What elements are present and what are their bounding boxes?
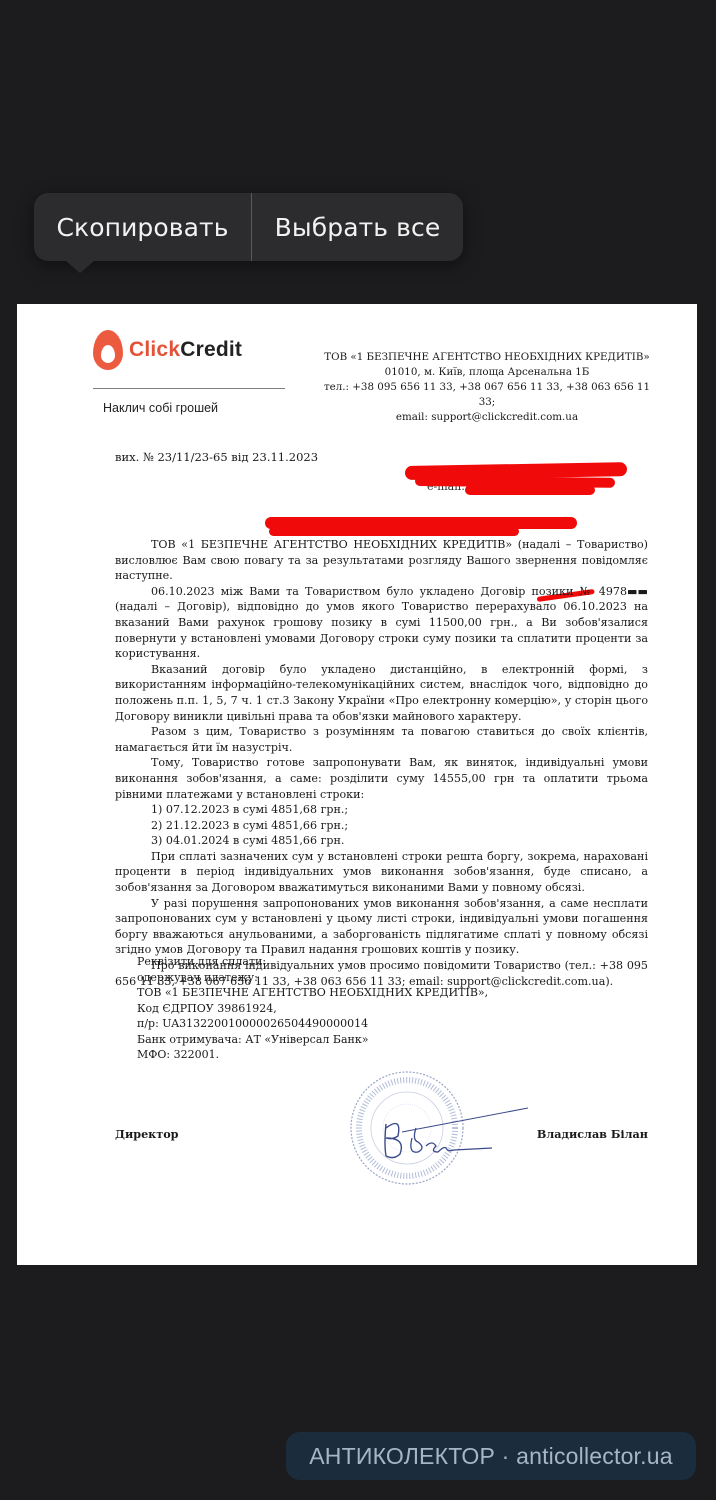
requisite-line: ТОВ «1 БЕЗПЕЧНЕ АГЕНТСТВО НЕОБХІДНИХ КРЕ… [137, 985, 488, 1001]
logo-wordmark: ClickCredit [129, 338, 242, 362]
letter-body: ТОВ «1 БЕЗПЕЧНЕ АГЕНТСТВО НЕОБХІДНИХ КРЕ… [115, 537, 648, 989]
paragraph: ТОВ «1 БЕЗПЕЧНЕ АГЕНТСТВО НЕОБХІДНИХ КРЕ… [115, 537, 648, 584]
logo-word-click: Click [129, 338, 180, 361]
paragraph: При сплаті зазначених сум у встановлені … [115, 849, 648, 896]
paragraph: У разі порушення запропонованих умов вик… [115, 896, 648, 958]
requisite-line: п/р: UA313220010000026504490000014 [137, 1016, 488, 1032]
copy-menu-item[interactable]: Скопировать [34, 193, 251, 261]
logo-slogan: Наклич собі грошей [103, 401, 285, 415]
paragraph: Тому, Товариство готове запропонувати Ва… [115, 755, 648, 802]
select-all-menu-item[interactable]: Выбрать все [252, 193, 463, 261]
paragraph: 06.10.2023 між Вами та Товариством було … [115, 584, 648, 662]
company-phones: тел.: +38 095 656 11 33, +38 067 656 11 … [317, 380, 657, 410]
egg-logo-icon [93, 330, 123, 370]
paragraph: Вказаний договір було укладено дистанцій… [115, 662, 648, 724]
requisite-line: Код ЄДРПОУ 39861924, [137, 1001, 488, 1017]
payment-requisites: Реквізити для сплати: одержувач платежу:… [115, 954, 488, 1063]
outgoing-number: вих. № 23/11/23-65 від 23.11.2023 [115, 450, 318, 464]
requisite-line: одержувач платежу: [137, 970, 488, 986]
payment-item: 2) 21.12.2023 в сумі 4851,66 грн.; [115, 818, 648, 834]
company-header: ТОВ «1 БЕЗПЕЧНЕ АГЕНТСТВО НЕОБХІДНИХ КРЕ… [317, 350, 657, 425]
logo-word-credit: Credit [180, 338, 242, 361]
company-address: 01010, м. Київ, площа Арсенальна 1Б [317, 365, 657, 380]
payment-item: 3) 04.01.2024 в сумі 4851,66 грн. [115, 833, 648, 849]
redaction-mark [465, 485, 595, 495]
clickcredit-logo: ClickCredit Наклич собі грошей [93, 326, 285, 415]
company-name: ТОВ «1 БЕЗПЕЧНЕ АГЕНТСТВО НЕОБХІДНИХ КРЕ… [317, 350, 657, 365]
logo-divider [93, 388, 285, 389]
requisite-line: Банк отримувача: АТ «Універсал Банк» [137, 1032, 488, 1048]
watermark-badge: АНТИКОЛЕКТОР · anticollector.ua [286, 1432, 696, 1480]
paragraph: Разом з цим, Товариство з розумінням та … [115, 724, 648, 755]
context-menu: Скопировать Выбрать все [34, 193, 463, 261]
redaction-mark [269, 527, 519, 536]
signatory-name: Владислав Білан [537, 1127, 648, 1141]
signature-icon [372, 1104, 532, 1164]
payment-item: 1) 07.12.2023 в сумі 4851,68 грн.; [115, 802, 648, 818]
requisite-line: МФО: 322001. [137, 1047, 488, 1063]
company-email: email: support@clickcredit.com.ua [317, 410, 657, 425]
letter-document[interactable]: ClickCredit Наклич собі грошей ТОВ «1 БЕ… [17, 304, 697, 1265]
context-menu-pointer [66, 261, 94, 273]
signatory-position: Директор [115, 1127, 178, 1141]
requisite-line: Реквізити для сплати: [137, 954, 488, 970]
